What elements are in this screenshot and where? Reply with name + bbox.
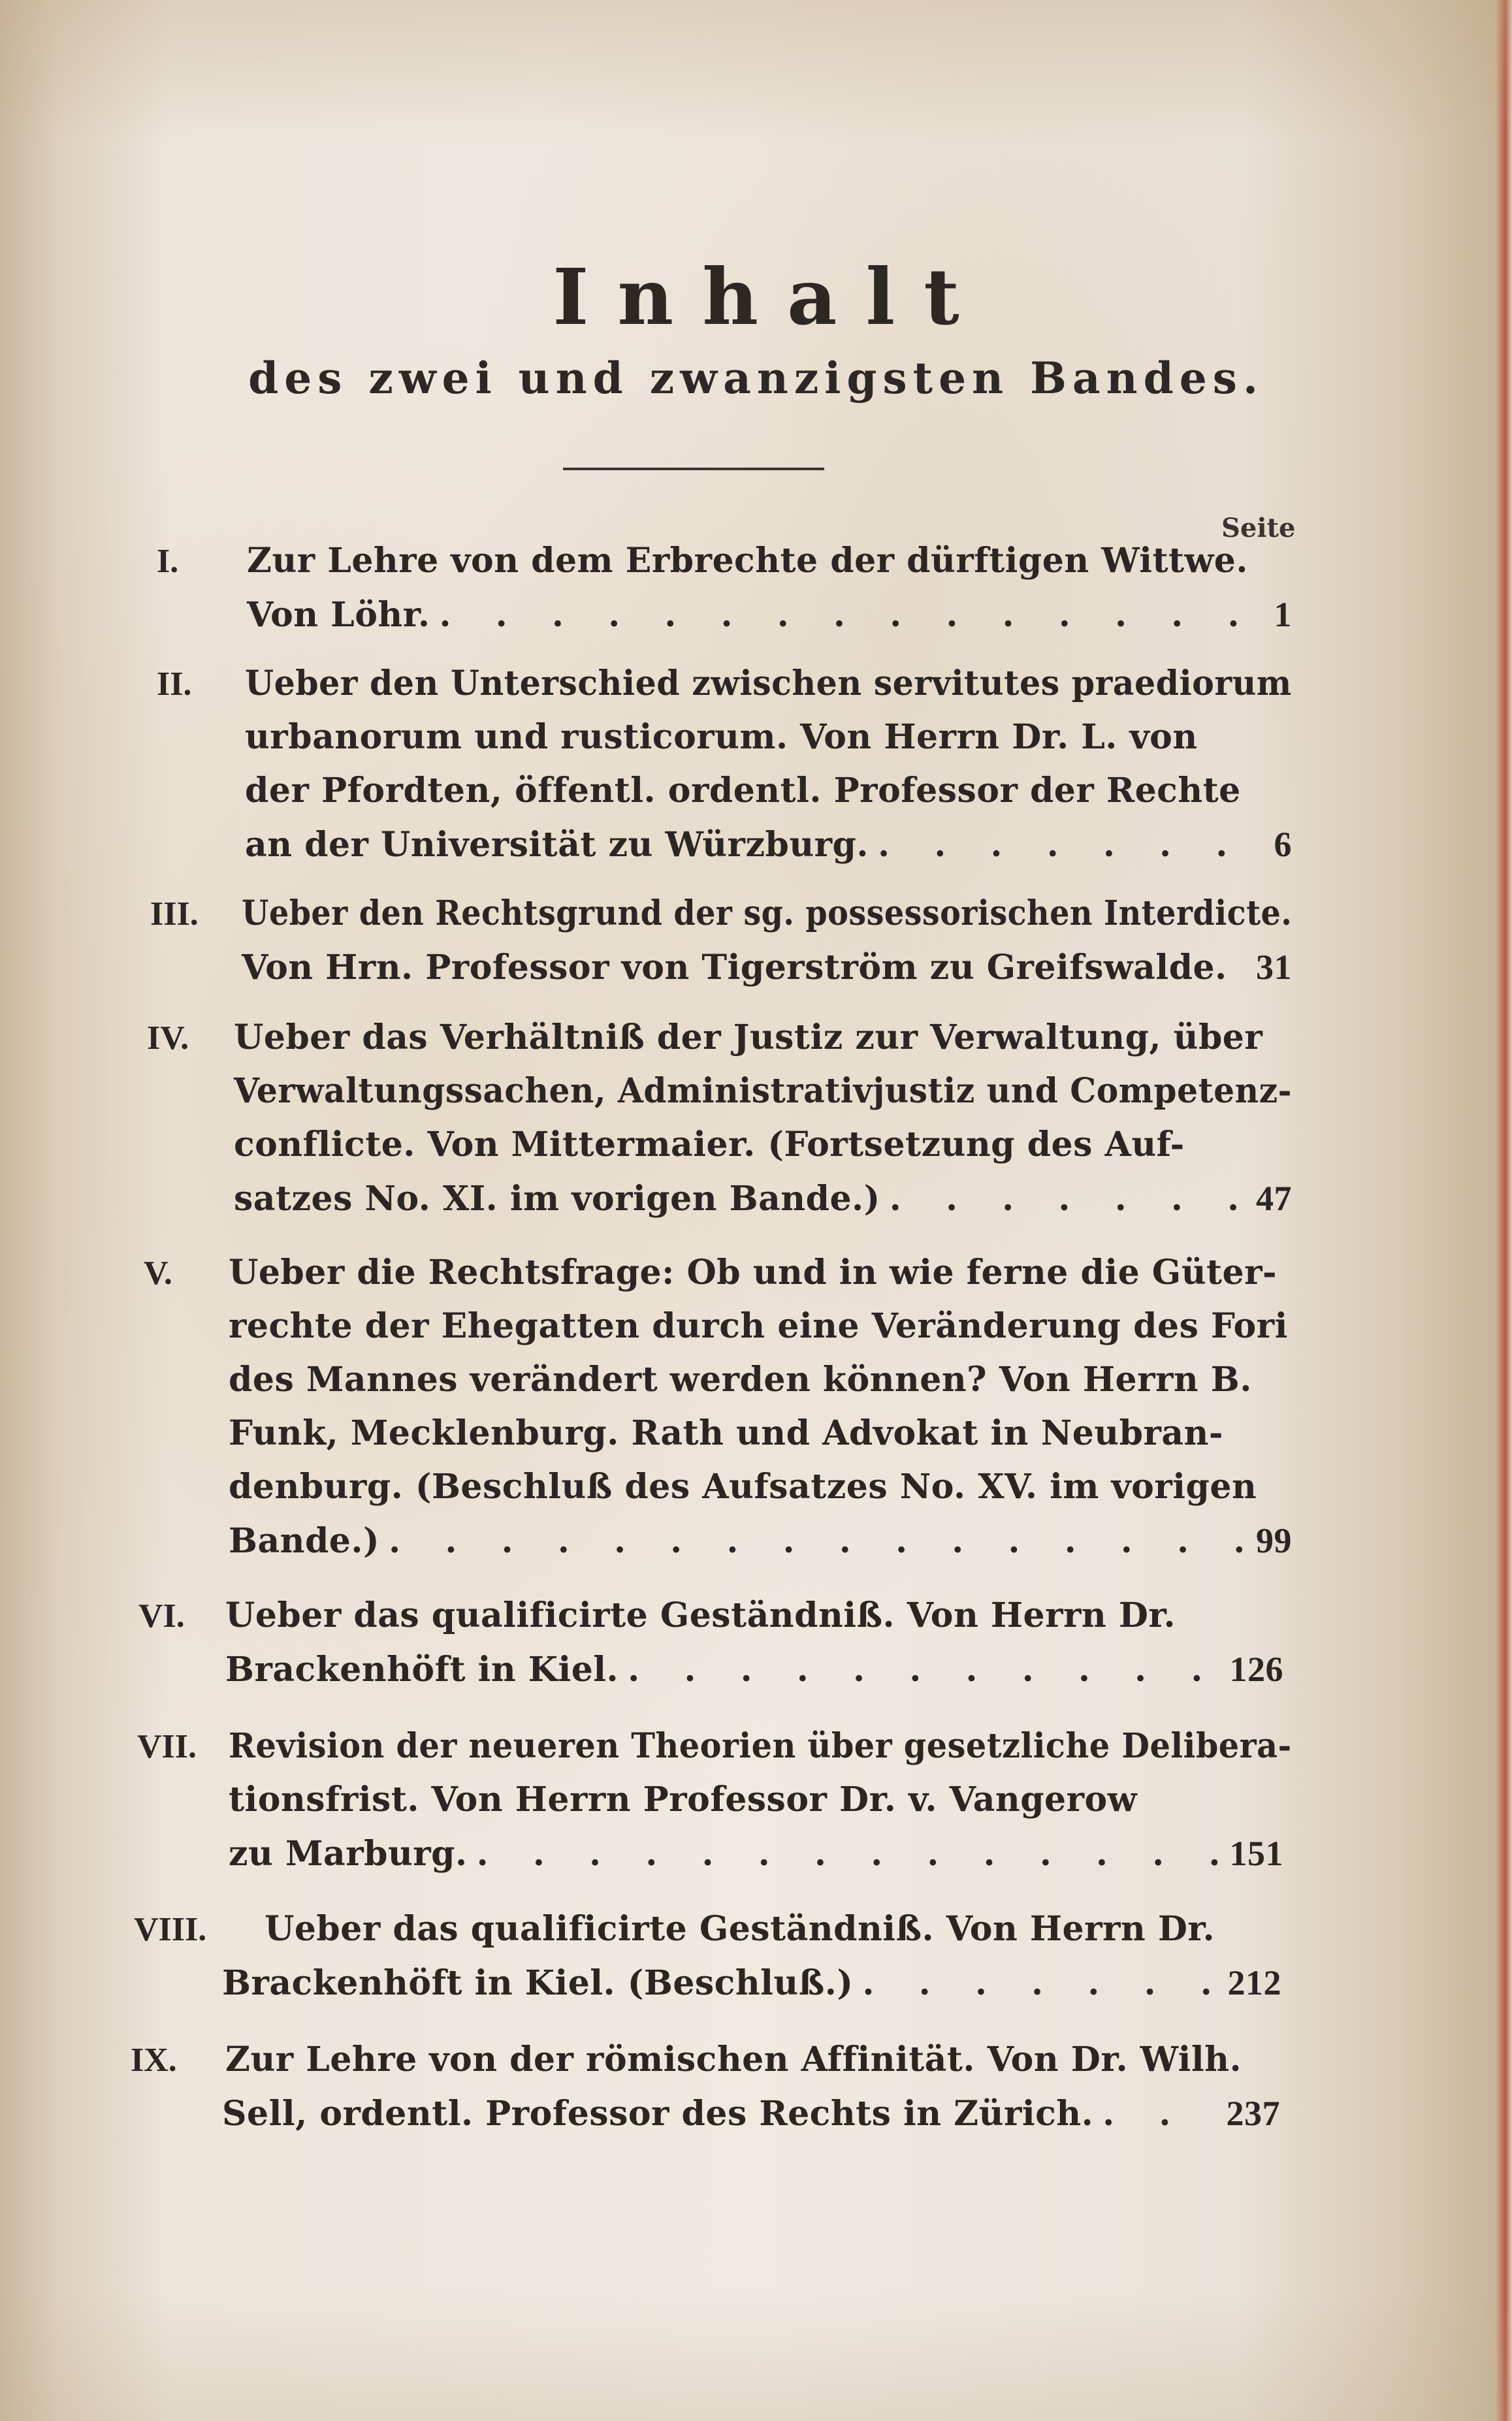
entry-title-line: urbanorum und rusticorum. Von Herrn Dr. …: [245, 717, 1198, 757]
book-page: Inhalt des zwei und zwanzigsten Bandes. …: [0, 0, 1512, 2421]
dot-leader: . . . . . . . . . . . . . . . . . . . . …: [890, 1179, 1247, 1219]
entry-last-line: Brackenhöft in Kiel. . . . . . . . . . .…: [225, 1649, 1283, 1690]
dot-leader: . . . . . . . . . . . . . . . . . . . . …: [389, 1521, 1247, 1561]
entry-title-line: Brackenhöft in Kiel. (Beschluß.): [222, 1963, 853, 2003]
entry-page-number: 47: [1256, 1178, 1292, 1219]
page-subtitle: des zwei und zwanzigsten Bandes.: [0, 353, 1512, 404]
entry-page-number: 212: [1228, 1963, 1282, 2003]
dot-leader: . . . . . . . . . . . . . . . . . . . . …: [628, 1650, 1220, 1690]
entry-number: VII.: [137, 1727, 197, 1766]
entry-last-line: satzes No. XI. im vorigen Bande.) . . . …: [234, 1178, 1292, 1219]
entry-page-number: 151: [1230, 1833, 1284, 1874]
entry-page-number: 1: [1274, 594, 1293, 635]
entry-title-line: Ueber das Verhältniß der Justiz zur Verw…: [234, 1018, 1263, 1057]
entry-title-line: der Pfordten, öffentl. ordentl. Professo…: [245, 771, 1241, 810]
page-title: Inhalt: [0, 251, 1512, 342]
entry-last-line: Von Hrn. Professor von Tigerström zu Gre…: [242, 947, 1292, 987]
entry-title-line: Ueber das qualificirte Geständniß. Von H…: [265, 1909, 1215, 1949]
entry-number: VIII.: [134, 1910, 206, 1949]
entry-title-line: an der Universität zu Würzburg.: [245, 825, 869, 865]
entry-title-line: Zur Lehre von dem Erbrechte der dürftige…: [247, 541, 1248, 581]
entry-number: III.: [150, 895, 199, 933]
entry-page-number: 99: [1256, 1520, 1292, 1561]
entry-title-line: Ueber den Rechtsgrund der sg. possessori…: [242, 893, 1292, 933]
entry-title-line: zu Marburg.: [229, 1834, 468, 1874]
entry-title-line: Von Hrn. Professor von Tigerström zu Gre…: [242, 948, 1227, 987]
entry-last-line: Sell, ordentl. Professor des Rechts in Z…: [222, 2093, 1280, 2134]
entry-number: IX.: [131, 2041, 177, 2079]
entry-title-line: rechte der Ehegatten durch eine Veränder…: [229, 1306, 1288, 1346]
entry-title-line: conflicte. Von Mittermaier. (Fortsetzung…: [234, 1125, 1185, 1164]
entry-title-line: Brackenhöft in Kiel.: [225, 1650, 619, 1690]
entry-number: VI.: [138, 1597, 185, 1635]
entry-title-line: Ueber das qualificirte Geständniß. Von H…: [225, 1595, 1176, 1635]
entry-last-line: Bande.) . . . . . . . . . . . . . . . . …: [229, 1520, 1292, 1561]
entry-title-line: Zur Lehre von der römischen Affinität. V…: [225, 2040, 1242, 2079]
dot-leader: . . . . . . . . . . . . . . . . . . . . …: [1102, 2094, 1217, 2134]
entry-number: II.: [157, 665, 191, 703]
entry-number: IV.: [147, 1019, 189, 1057]
dot-leader: . . . . . . . . . . . . . . . . . . . . …: [862, 1963, 1218, 2003]
entry-title-line: Verwaltungssachen, Administrativjustiz u…: [234, 1071, 1292, 1111]
entry-number: V.: [144, 1254, 172, 1292]
entry-title-line: Funk, Mecklenburg. Rath und Advokat in N…: [229, 1413, 1223, 1453]
entry-last-line: an der Universität zu Würzburg. . . . . …: [245, 824, 1292, 865]
entry-title-line: Revision der neueren Theorien über geset…: [229, 1726, 1292, 1766]
entry-last-line: Von Löhr. . . . . . . . . . . . . . . . …: [247, 594, 1292, 635]
entry-title-line: denburg. (Beschluß des Aufsatzes No. XV.…: [229, 1467, 1257, 1507]
dot-leader: . . . . . . . . . . . . . . . . . . . . …: [477, 1834, 1221, 1874]
entry-page-number: 237: [1227, 2093, 1281, 2134]
entry-title-line: Von Löhr.: [247, 595, 430, 635]
dot-leader: . . . . . . . . . . . . . . . . . . . . …: [439, 595, 1264, 635]
entry-title-line: Ueber den Unterschied zwischen servitute…: [245, 664, 1292, 703]
entry-title-line: satzes No. XI. im vorigen Bande.): [234, 1179, 880, 1219]
dot-leader: . . . . . . . . . . . . . . . . . . . . …: [878, 825, 1264, 865]
entry-title-line: des Mannes verändert werden können? Von …: [229, 1360, 1252, 1400]
entry-title-line: Sell, ordentl. Professor des Rechts in Z…: [222, 2094, 1093, 2134]
entry-title-line: Bande.): [229, 1521, 379, 1561]
entry-title-line: Ueber die Rechtsfrage: Ob und in wie fer…: [229, 1253, 1277, 1292]
entry-number: I.: [157, 542, 178, 581]
entry-title-line: tionsfrist. Von Herrn Professor Dr. v. V…: [229, 1780, 1137, 1820]
entry-page-number: 126: [1230, 1649, 1284, 1690]
entry-page-number: 31: [1256, 947, 1292, 987]
entry-page-number: 6: [1274, 824, 1293, 865]
title-divider: [563, 468, 824, 470]
page-column-label: Seite: [1221, 513, 1295, 543]
entry-last-line: zu Marburg. . . . . . . . . . . . . . . …: [229, 1833, 1283, 1874]
entry-last-line: Brackenhöft in Kiel. (Beschluß.) . . . .…: [222, 1963, 1281, 2003]
